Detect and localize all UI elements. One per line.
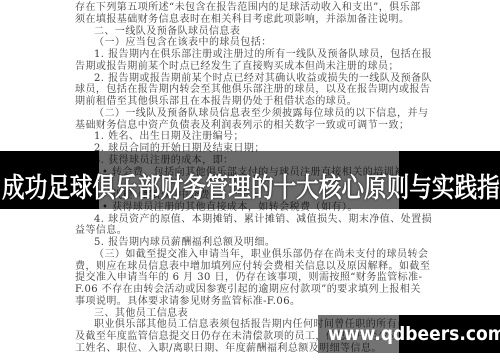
doc-line: 1. 姓名、出生日期及注册编号； bbox=[94, 131, 431, 143]
doc-line: 事项说明。具体要求请参见财务监管标准-F.06。 bbox=[75, 296, 431, 308]
doc-line: 1. 报告期内在俱乐部注册或注册过的所有一线队及预备队球员，包括在报 bbox=[94, 49, 431, 61]
article-cover: 存在下列第五项所述“未包含在报告范围内的足球活动收入和支出”，俱乐部须在填报基础… bbox=[0, 0, 500, 362]
headline-title: 成功足球俱乐部财务管理的十大核心原则与实践指导 bbox=[2, 175, 500, 202]
doc-line: 须在填报基础财务信息表时在相关科目考虑此项影响，并添加备注说明。 bbox=[75, 14, 431, 26]
doc-line: 4. 球员资产的原值、本期摊销、累计摊销、减值损失、期末净值、处置损 bbox=[94, 214, 431, 226]
doc-line: 益等信息。 bbox=[75, 225, 431, 237]
doc-line: 存在下列第五项所述“未包含在报告范围内的足球活动收入和支出”，俱乐部 bbox=[75, 2, 431, 14]
doc-line: （二）一线队及预备队球员信息表至少须披露每位球员的以下信息，并与 bbox=[94, 108, 431, 120]
doc-line: 基础财务信息中资产负债表及利润表列示的相关数字一致或可调节一致； bbox=[75, 120, 431, 132]
doc-line: 提交准入申请当年的 6 月 30 日，仍存在该事项，则需按照“财务监管标准- bbox=[75, 272, 431, 284]
doc-line: 告期或报告期前某个时点已经发生了直接购买成本但尚未注册的球员； bbox=[75, 61, 431, 73]
doc-line: 费，则应在球员信息表中增加填列应付转会费相关信息以及原因解释。如截至 bbox=[75, 261, 431, 273]
doc-line: 5. 报告期内球员薪酬福利总额及明细。 bbox=[94, 237, 431, 249]
doc-line: （三）如截至提交准入申请当年，职业俱乐部仍存在尚未支付的球员转会 bbox=[94, 249, 431, 261]
doc-line: （一）应当包含在该表中的球员包括： bbox=[94, 37, 431, 49]
headline-band: 成功足球俱乐部财务管理的十大核心原则与实践指导 bbox=[0, 151, 500, 209]
doc-line: F.06 不存在由转会活动或因参赛引起的逾期应付款项”的要求填列上报相关 bbox=[75, 284, 431, 296]
doc-line: 期前租借至其他俱乐部且在本报告期仍处于租借状态的球员。 bbox=[75, 96, 431, 108]
doc-line: 二、一线队及预备队球员信息表 bbox=[94, 26, 431, 38]
watermark-box: www.qdbeers.com bbox=[318, 315, 500, 353]
doc-line: 球员，包括在报告期内转会至其他俱乐部注册的球员，以及在报告期内或报告 bbox=[75, 84, 431, 96]
doc-line: 2. 报告期或报告期前某个时点已经对其确认收益或损失的一线队及预备队 bbox=[94, 73, 431, 85]
watermark-url: www.qdbeers.com bbox=[328, 315, 500, 353]
